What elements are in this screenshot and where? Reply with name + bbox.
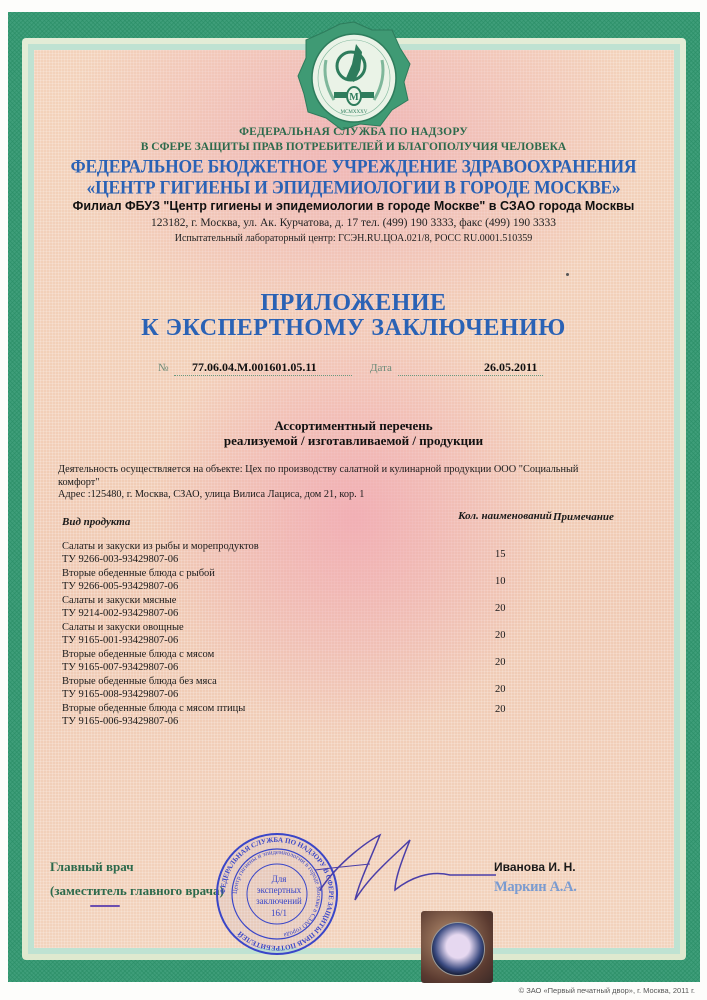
- lab-accreditation: Испытательный лабораторный центр: ГСЭН.R…: [0, 233, 707, 244]
- column-header-product: Вид продукта: [62, 516, 130, 528]
- svg-text:16/1: 16/1: [271, 908, 287, 918]
- institution-name-line1: ФЕДЕРАЛЬНОЕ БЮДЖЕТНОЕ УЧРЕЖДЕНИЕ ЗДРАВОО…: [0, 155, 707, 178]
- column-header-count: Кол. наименований: [450, 510, 560, 523]
- product-count: 20: [495, 703, 506, 716]
- table-row: Салаты и закуски из рыбы и морепродуктов…: [62, 540, 562, 567]
- hologram-emblem-icon: [431, 922, 485, 976]
- document-number: 77.06.04.М.001601.05.11: [192, 360, 317, 375]
- printer-copyright: © ЗАО «Первый печатный двор», г. Москва,…: [519, 986, 695, 995]
- product-count: 20: [495, 683, 506, 696]
- product-name: Салаты и закуски из рыбы и морепродуктов: [62, 540, 259, 553]
- product-count: 15: [495, 548, 506, 561]
- institution-name-line2: «ЦЕНТР ГИГИЕНЫ И ЭПИДЕМИОЛОГИИ В ГОРОДЕ …: [0, 176, 707, 199]
- product-name: Вторые обеденные блюда с мясом: [62, 648, 214, 661]
- hologram-seal: [421, 911, 493, 983]
- document-date: 26.05.2011: [484, 360, 537, 375]
- handwritten-signature-icon: [300, 820, 500, 920]
- product-name: Салаты и закуски овощные: [62, 621, 184, 634]
- agency-name-line1: ФЕДЕРАЛЬНАЯ СЛУЖБА ПО НАДЗОРУ: [0, 126, 707, 138]
- product-spec: ТУ 9266-003-93429807-06: [62, 553, 178, 566]
- product-spec: ТУ 9165-007-93429807-06: [62, 661, 178, 674]
- facility-info: Деятельность осуществляется на объекте: …: [58, 464, 618, 502]
- table-row: Салаты и закуски мясные ТУ 9214-002-9342…: [62, 594, 562, 621]
- svg-text:MCMXXXV: MCMXXXV: [341, 110, 368, 115]
- signer-role-line1: Главный врач: [50, 859, 134, 875]
- branch-name: Филиал ФБУЗ "Центр гигиены и эпидемиолог…: [0, 199, 707, 213]
- list-title-line1: Ассортиментный перечень: [0, 418, 707, 434]
- table-row: Салаты и закуски овощные ТУ 9165-001-934…: [62, 621, 562, 648]
- emblem-icon: М MCMXXXV: [296, 20, 412, 132]
- product-spec: ТУ 9165-006-93429807-06: [62, 715, 178, 728]
- column-header-note: Примечание: [553, 511, 614, 523]
- product-name: Вторые обеденные блюда с мясом птицы: [62, 702, 245, 715]
- product-table: Салаты и закуски из рыбы и морепродуктов…: [62, 540, 562, 729]
- document-title-line2: К ЭКСПЕРТНОМУ ЗАКЛЮЧЕНИЮ: [0, 315, 707, 342]
- product-spec: ТУ 9165-001-93429807-06: [62, 634, 178, 647]
- facility-text: Деятельность осуществляется на объекте: …: [58, 464, 618, 489]
- signer-role-line2: (заместитель главного врача): [50, 883, 224, 899]
- document-number-row: № 77.06.04.М.001601.05.11 Дата 26.05.201…: [158, 360, 548, 378]
- paper-speck: [566, 273, 569, 276]
- document-title-line1: ПРИЛОЖЕНИЕ: [0, 290, 707, 317]
- date-label: Дата: [370, 362, 392, 374]
- signer-printed-name: Иванова И. Н.: [494, 860, 576, 874]
- branch-address: 123182, г. Москва, ул. Ак. Курчатова, д.…: [0, 217, 707, 229]
- product-name: Вторые обеденные блюда с рыбой: [62, 567, 215, 580]
- svg-text:экспертных: экспертных: [257, 885, 302, 895]
- table-row: Вторые обеденные блюда с мясом ТУ 9165-0…: [62, 648, 562, 675]
- table-row: Вторые обеденные блюда с мясом птицы ТУ …: [62, 702, 562, 729]
- signature-stroke: [90, 905, 120, 907]
- product-spec: ТУ 9266-005-93429807-06: [62, 580, 178, 593]
- svg-text:Для: Для: [272, 874, 287, 884]
- number-underline: [174, 375, 352, 376]
- list-title-line2: реализуемой / изготавливаемой / продукци…: [0, 433, 707, 449]
- product-count: 20: [495, 602, 506, 615]
- product-spec: ТУ 9165-008-93429807-06: [62, 688, 178, 701]
- svg-text:заключений: заключений: [256, 896, 302, 906]
- product-count: 20: [495, 656, 506, 669]
- svg-text:М: М: [349, 92, 359, 103]
- product-name: Вторые обеденные блюда без мяса: [62, 675, 217, 688]
- table-row: Вторые обеденные блюда с рыбой ТУ 9266-0…: [62, 567, 562, 594]
- product-spec: ТУ 9214-002-93429807-06: [62, 607, 178, 620]
- product-count: 10: [495, 575, 506, 588]
- product-count: 20: [495, 629, 506, 642]
- date-underline: [398, 375, 543, 376]
- table-row: Вторые обеденные блюда без мяса ТУ 9165-…: [62, 675, 562, 702]
- facility-address: Адрес :125480, г. Москва, СЗАО, улица Ви…: [58, 489, 618, 502]
- signer-stamped-name: Маркин А.А.: [494, 879, 577, 896]
- agency-name-line2: В СФЕРЕ ЗАЩИТЫ ПРАВ ПОТРЕБИТЕЛЕЙ И БЛАГО…: [0, 141, 707, 153]
- number-label: №: [158, 362, 169, 374]
- product-name: Салаты и закуски мясные: [62, 594, 176, 607]
